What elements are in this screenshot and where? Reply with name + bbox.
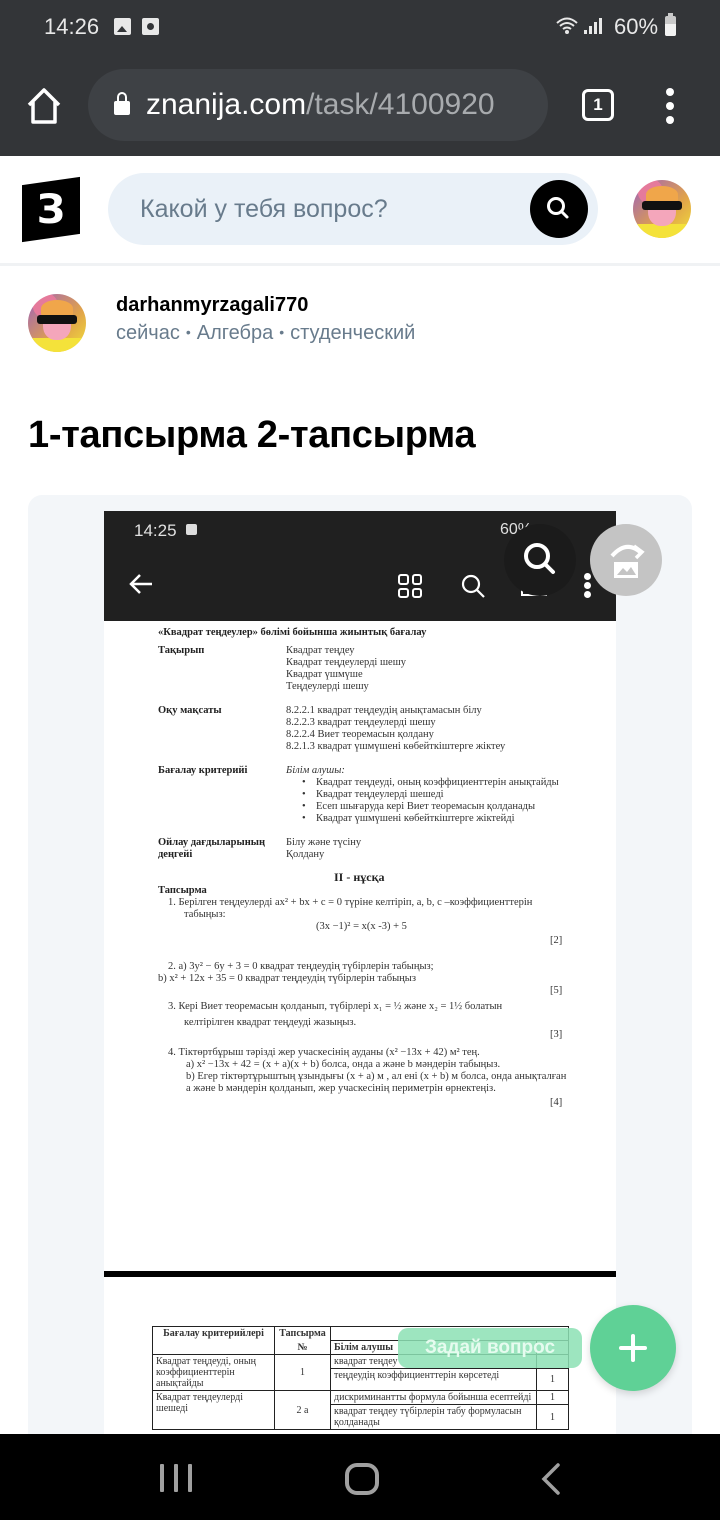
question-author: darhanmyrzagali770 сейчас•Алгебра•студен… <box>0 280 720 370</box>
question-level: студенческий <box>290 322 415 344</box>
home-button[interactable] <box>24 86 64 126</box>
status-bar: 14:26 60% <box>0 0 720 56</box>
question-subject[interactable]: Алгебра <box>197 322 273 344</box>
attachment-image[interactable]: 14:25 60% «Квадрат теңдеулер» бөлімі бой… <box>104 511 616 1455</box>
zoom-image-button[interactable] <box>504 524 576 596</box>
battery-percent: 60% <box>614 14 658 40</box>
browser-menu-button[interactable] <box>660 86 680 126</box>
ask-question-label[interactable]: Задай вопрос <box>398 1328 582 1368</box>
url-text: znanija.com/task/4100920 <box>146 88 536 122</box>
question-title: 1-тапсырма 2-тапсырма <box>28 414 475 457</box>
grid-icon <box>398 574 422 598</box>
author-name[interactable]: darhanmyrzagali770 <box>116 294 308 317</box>
address-bar[interactable]: znanija.com/task/4100920 <box>88 69 548 141</box>
search-icon <box>530 180 588 238</box>
search-input[interactable] <box>140 173 520 245</box>
site-header: З <box>0 156 720 266</box>
back-button[interactable] <box>538 1462 564 1496</box>
arrow-left-icon <box>128 571 154 597</box>
question-time: сейчас <box>116 322 180 344</box>
attachment-card: 14:25 60% «Квадрат теңдеулер» бөлімі бой… <box>28 495 692 1455</box>
magnifier-icon <box>504 524 576 596</box>
lock-icon <box>114 101 130 115</box>
screenshot-icon <box>142 18 159 35</box>
page-divider <box>104 1271 616 1277</box>
home-icon <box>24 86 64 126</box>
user-avatar[interactable] <box>633 180 691 238</box>
status-time: 14:26 <box>44 14 99 40</box>
search-box <box>108 173 598 245</box>
search-icon <box>460 573 486 599</box>
system-nav-bar <box>0 1434 720 1520</box>
ask-question-fab[interactable] <box>590 1305 676 1391</box>
search-button[interactable] <box>530 180 588 238</box>
gallery-icon <box>114 18 131 35</box>
tab-switcher-button[interactable]: 1 <box>582 89 614 121</box>
battery-icon <box>665 16 676 36</box>
screen: 14:26 60% znanija.com/task/4100920 1 З <box>0 0 720 1520</box>
author-avatar[interactable] <box>28 294 86 352</box>
signal-icon <box>584 18 602 34</box>
rotate-image-icon <box>590 524 662 596</box>
question-meta: сейчас•Алгебра•студенческий <box>116 322 415 345</box>
home-nav-button[interactable] <box>345 1463 379 1495</box>
recents-button[interactable] <box>160 1464 192 1492</box>
znanija-logo[interactable]: З <box>22 177 80 242</box>
browser-toolbar: znanija.com/task/4100920 1 <box>0 56 720 156</box>
wifi-icon <box>556 16 578 41</box>
rotate-image-button[interactable] <box>590 524 662 596</box>
